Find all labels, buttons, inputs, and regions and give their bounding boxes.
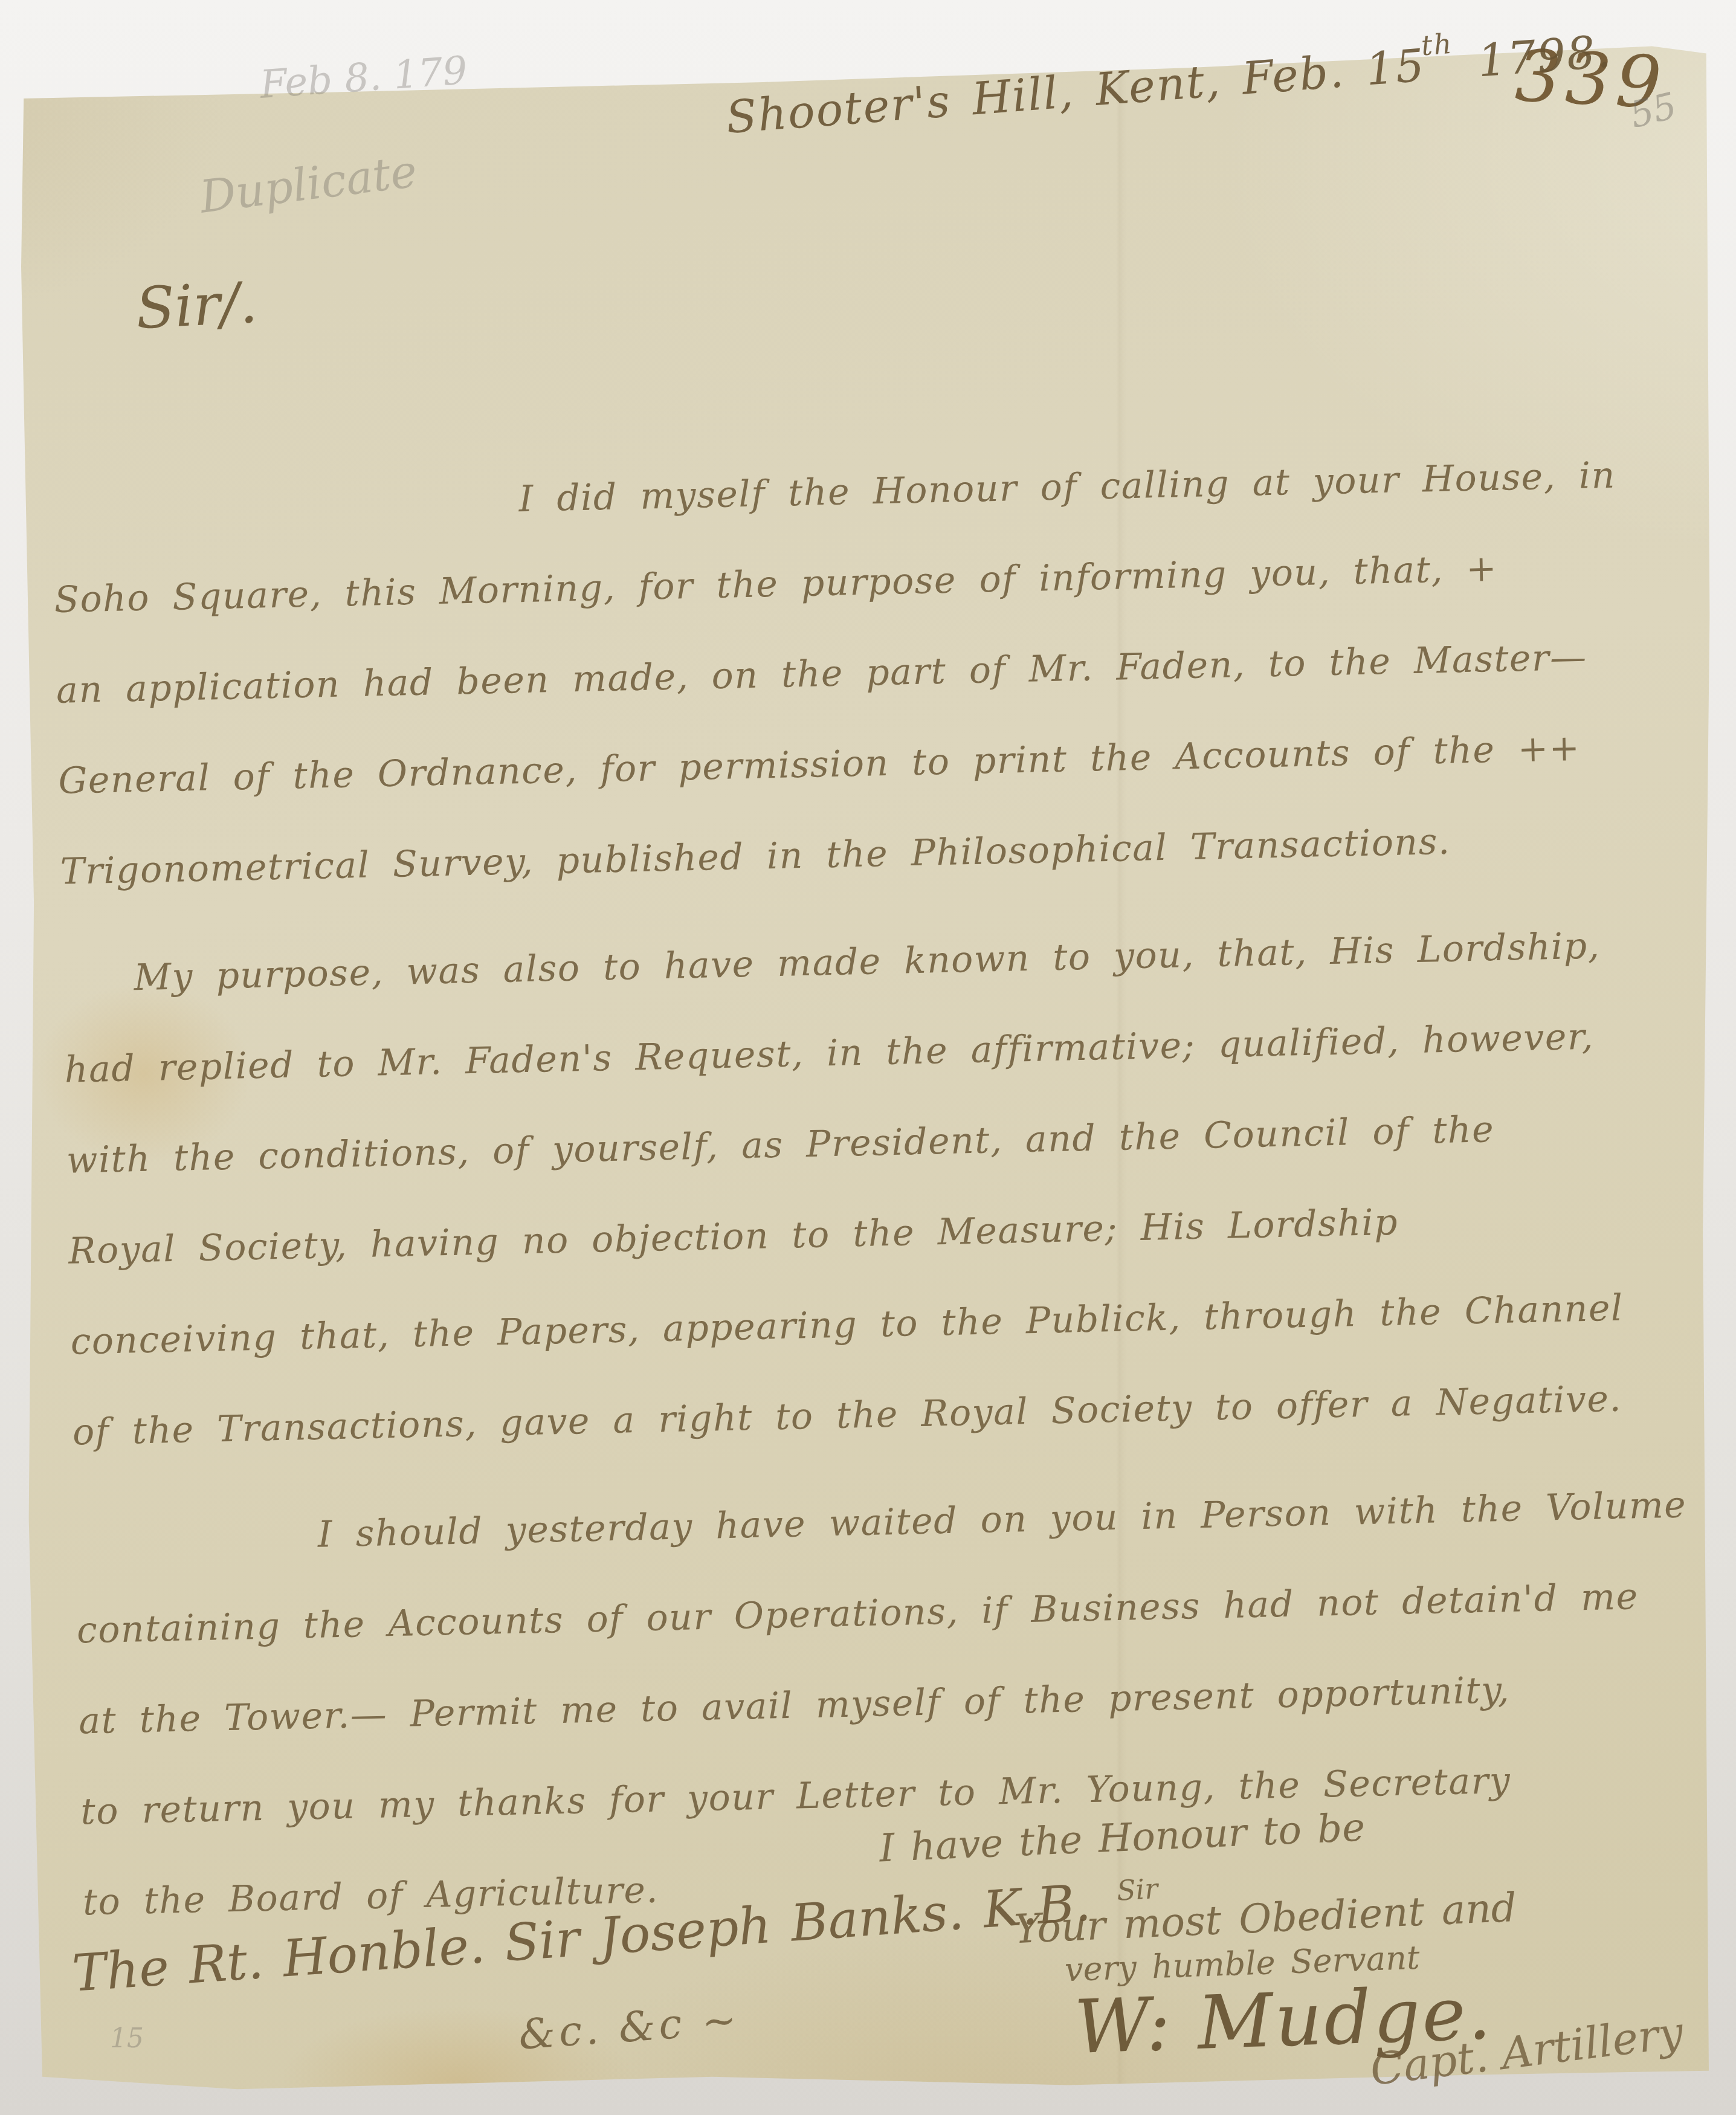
salutation: Sir/. (134, 270, 259, 342)
letter-body: I did myself the Honour of calling at yo… (51, 428, 1733, 1948)
dateline-superscript: th (1420, 27, 1454, 62)
scanned-letter-page: { "scan": { "archive_number": "339", "pe… (0, 0, 1736, 2115)
dateline-year: 1798. (1476, 25, 1614, 87)
pencil-bottom-number: 15 (110, 2023, 144, 2054)
